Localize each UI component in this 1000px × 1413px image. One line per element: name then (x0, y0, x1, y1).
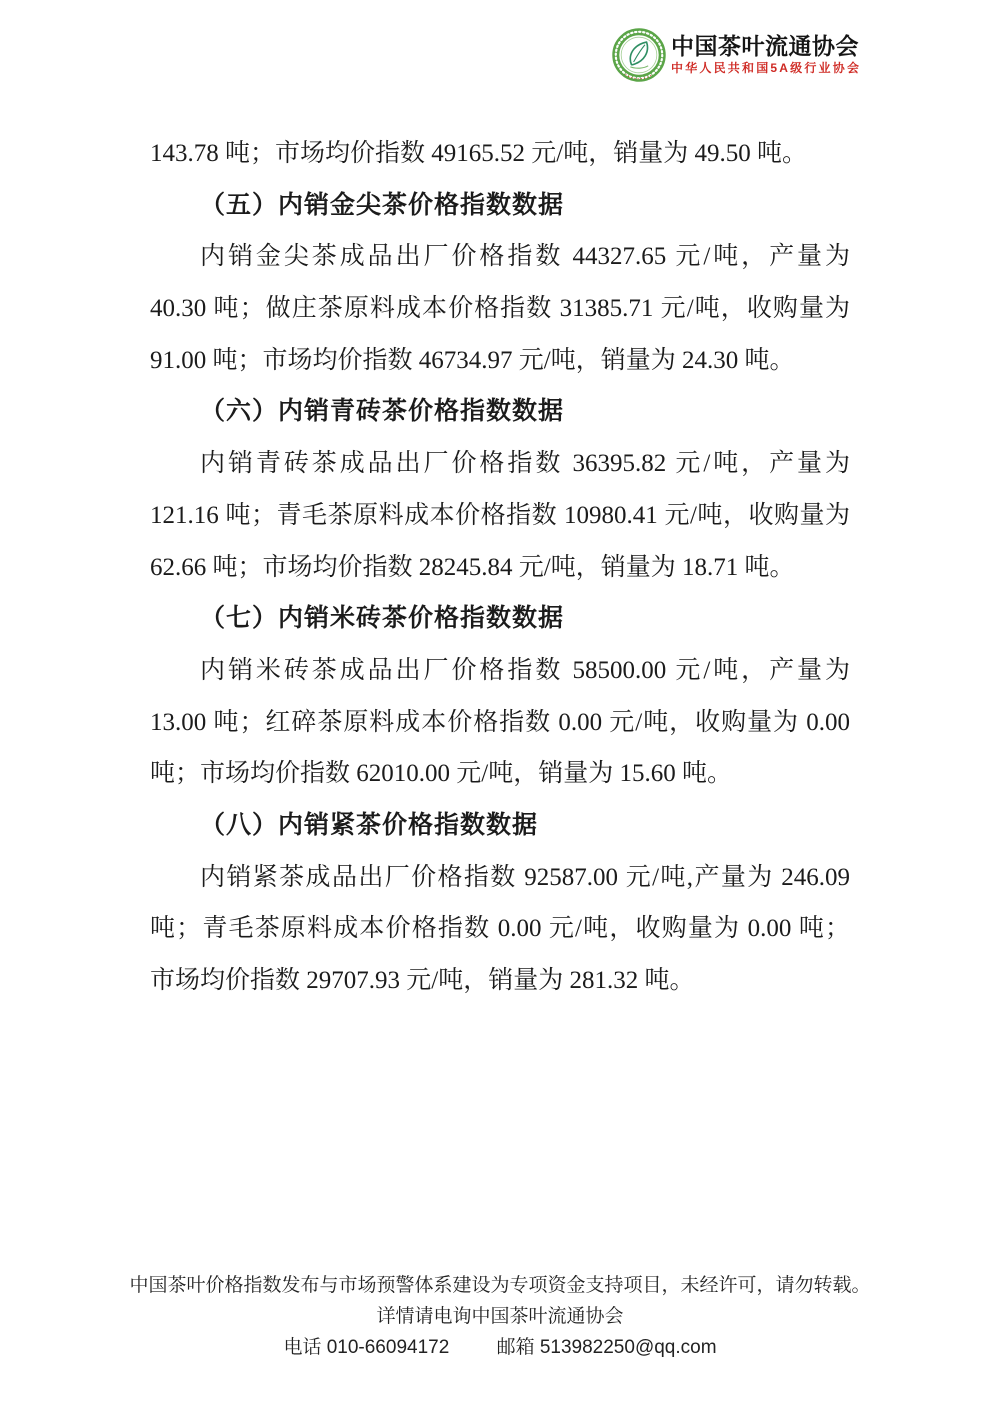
document-body: 143.78 吨；市场均价指数 49165.52 元/吨，销量为 49.50 吨… (150, 128, 850, 1007)
section-heading-7: （七）内销米砖茶价格指数数据 (150, 593, 850, 645)
paragraph-7-line-1: 内销米砖茶成品出厂价格指数 58500.00 元/吨，产量为 (150, 645, 850, 697)
paragraph-8-line-1: 内销紧茶成品出厂价格指数 92587.00 元/吨,产量为 246.09 (150, 852, 850, 904)
paragraph-5-line-3: 91.00 吨；市场均价指数 46734.97 元/吨，销量为 24.30 吨。 (150, 335, 850, 387)
org-text-block: 中国茶叶流通协会 中华人民共和国5A级行业协会 (671, 34, 861, 76)
footer-email: 邮箱 513982250@qq.com (497, 1332, 717, 1363)
footer-contact-hint: 详情请电询中国茶叶流通协会 (0, 1301, 1000, 1332)
paragraph-5-line-2: 40.30 吨；做庄茶原料成本价格指数 31385.71 元/吨，收购量为 (150, 283, 850, 335)
paragraph-8-line-3: 市场均价指数 29707.93 元/吨，销量为 281.32 吨。 (150, 955, 850, 1007)
org-name: 中国茶叶流通协会 (671, 34, 861, 60)
paragraph-6-line-1: 内销青砖茶成品出厂价格指数 36395.82 元/吨，产量为 (150, 438, 850, 490)
section-heading-5: （五）内销金尖茶价格指数数据 (150, 180, 850, 232)
paragraph-4-line-3: 143.78 吨；市场均价指数 49165.52 元/吨，销量为 49.50 吨… (150, 128, 850, 180)
footer-notice: 中国茶叶价格指数发布与市场预警体系建设为专项资金支持项目，未经许可，请勿转载。 (0, 1270, 1000, 1301)
document-page: 中国茶叶流通协会 中华人民共和国5A级行业协会 143.78 吨；市场均价指数 … (0, 0, 1000, 1413)
org-subtitle: 中华人民共和国5A级行业协会 (671, 61, 861, 76)
paragraph-6-line-2: 121.16 吨；青毛茶原料成本价格指数 10980.41 元/吨，收购量为 (150, 490, 850, 542)
paragraph-5-line-1: 内销金尖茶成品出厂价格指数 44327.65 元/吨，产量为 (150, 231, 850, 283)
section-heading-6: （六）内销青砖茶价格指数数据 (150, 386, 850, 438)
footer: 中国茶叶价格指数发布与市场预警体系建设为专项资金支持项目，未经许可，请勿转载。 … (0, 1270, 1000, 1363)
paragraph-8-line-2: 吨；青毛茶原料成本价格指数 0.00 元/吨，收购量为 0.00 吨； (150, 903, 850, 955)
section-heading-8: （八）内销紧茶价格指数数据 (150, 800, 850, 852)
paragraph-7-line-3: 吨；市场均价指数 62010.00 元/吨，销量为 15.60 吨。 (150, 748, 850, 800)
header: 中国茶叶流通协会 中华人民共和国5A级行业协会 (612, 28, 861, 82)
footer-phone: 电话 010-66094172 (283, 1337, 449, 1358)
footer-contact-details: 电话 010-66094172 邮箱 513982250@qq.com (0, 1332, 1000, 1363)
paragraph-6-line-3: 62.66 吨；市场均价指数 28245.84 元/吨，销量为 18.71 吨。 (150, 542, 850, 594)
paragraph-7-line-2: 13.00 吨；红碎茶原料成本价格指数 0.00 元/吨，收购量为 0.00 (150, 697, 850, 749)
tea-association-logo-icon (612, 28, 666, 82)
